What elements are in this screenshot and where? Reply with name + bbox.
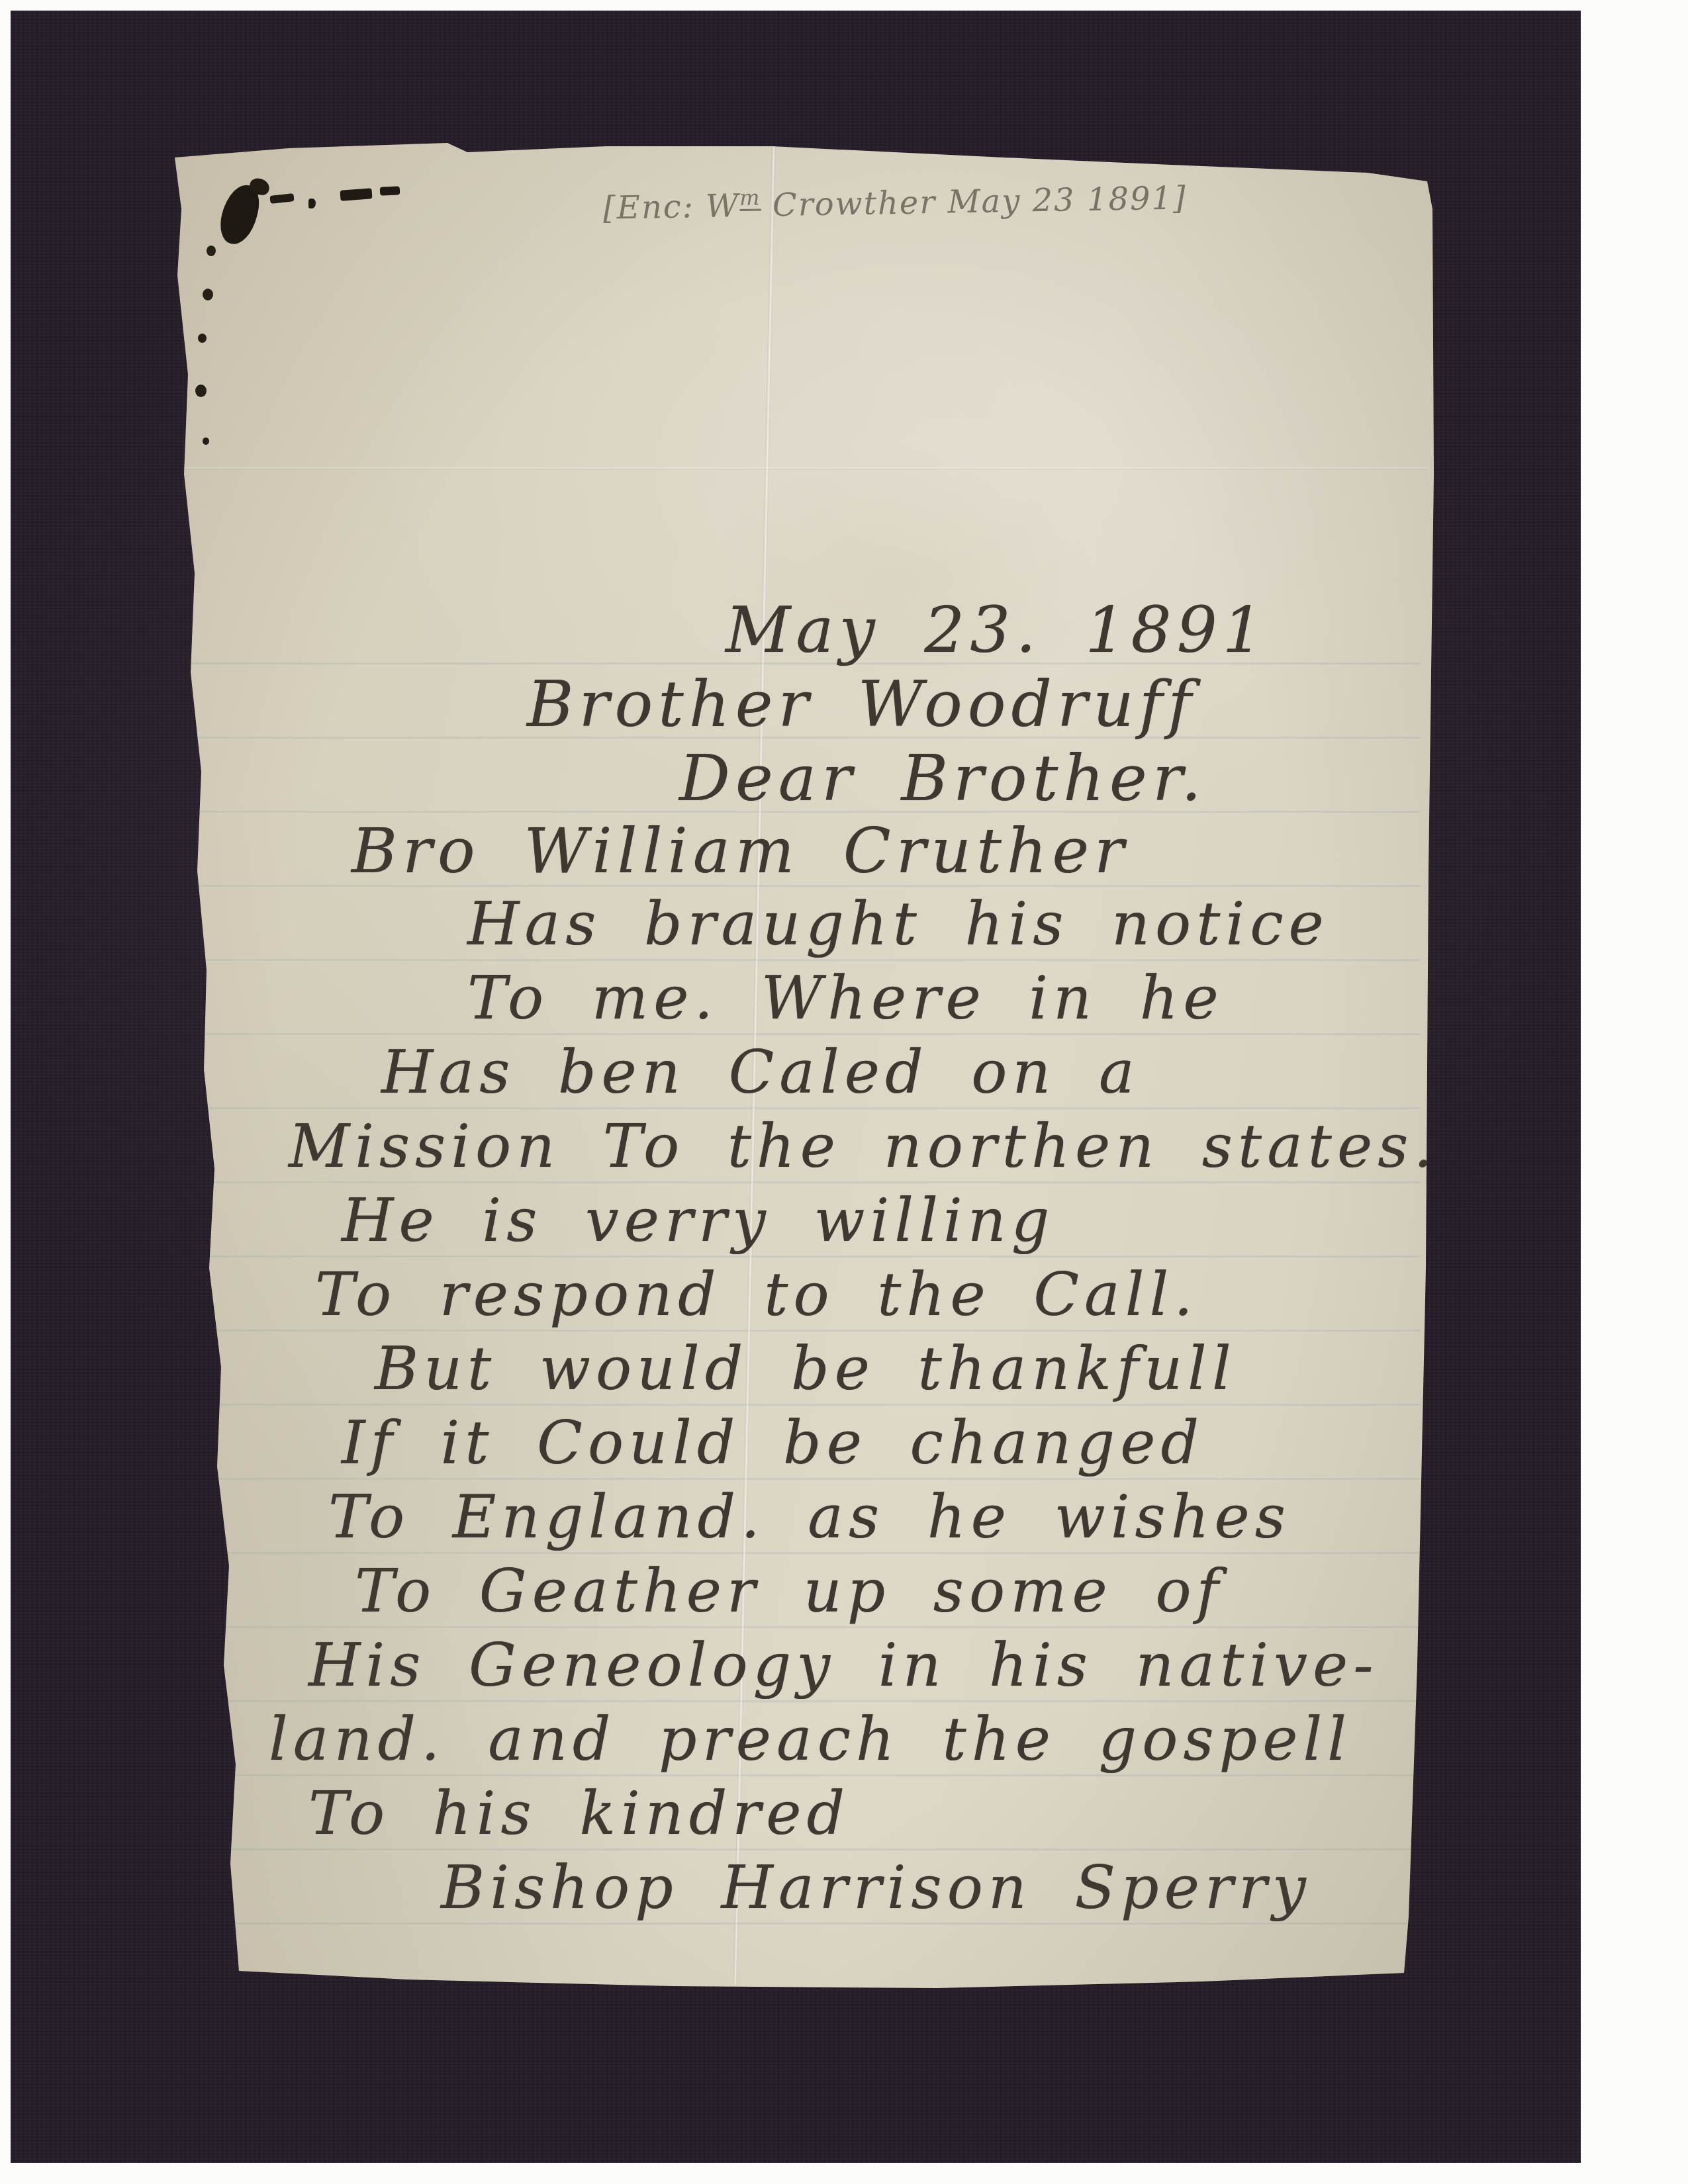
left-edge-ink-dot <box>198 334 207 343</box>
letter-line: If it Could be changed <box>342 1408 1204 1478</box>
letter-line: To England. as he wishes <box>328 1482 1291 1552</box>
letter-line-signature: Bishop Harrison Sperry <box>441 1853 1311 1923</box>
scan-page: [Enc: Wm Crowther May 23 1891] May 23. 1… <box>0 0 1688 2184</box>
ink-dash-mark <box>269 193 294 204</box>
left-edge-ink-dot <box>207 246 216 256</box>
archival-annotation-suffix: Crowther May 23 1891] <box>761 179 1187 224</box>
letter-line: But would be thankfull <box>375 1334 1237 1404</box>
letter-line: To respond to the Call. <box>315 1260 1198 1330</box>
left-edge-ink-dot <box>203 289 213 300</box>
letter-line: land. and preach the gospell <box>269 1705 1352 1774</box>
letter-line: Mission To the northen states. <box>289 1112 1438 1181</box>
left-edge-ink-dot <box>195 385 207 397</box>
ink-dash-mark <box>380 186 400 196</box>
ink-dash-mark <box>308 199 316 208</box>
letter-line-date: May 23. 1891 <box>726 593 1268 667</box>
letter-line: To Geather up some of <box>355 1557 1224 1626</box>
ink-dash-mark <box>340 188 373 201</box>
archival-annotation-prefix: [Enc: W <box>603 187 740 227</box>
letter-paper: [Enc: Wm Crowther May 23 1891] May 23. 1… <box>166 136 1434 1989</box>
left-edge-ink-dot <box>203 437 209 445</box>
letter-line: Bro William Cruther <box>352 815 1129 887</box>
ink-blot-mark <box>216 181 264 248</box>
letter-line: To me. Where in he <box>467 964 1224 1033</box>
letter-line: Has braught his notice <box>467 889 1329 959</box>
letter-line: Has ben Caled on a <box>381 1038 1140 1107</box>
horizontal-crease <box>174 467 1429 470</box>
letter-line: He is verry willing <box>342 1186 1055 1255</box>
letter-line-greeting: Dear Brother. <box>679 741 1207 815</box>
archival-annotation: [Enc: Wm Crowther May 23 1891] <box>603 177 1188 226</box>
letter-line: His Geneology in his native- <box>308 1631 1379 1700</box>
archival-annotation-superscript: m <box>739 185 761 211</box>
letter-line-addressee: Brother Woodruff <box>527 667 1197 741</box>
mat-background: [Enc: Wm Crowther May 23 1891] May 23. 1… <box>11 11 1581 2163</box>
letter-line: To his kindred <box>308 1779 850 1848</box>
